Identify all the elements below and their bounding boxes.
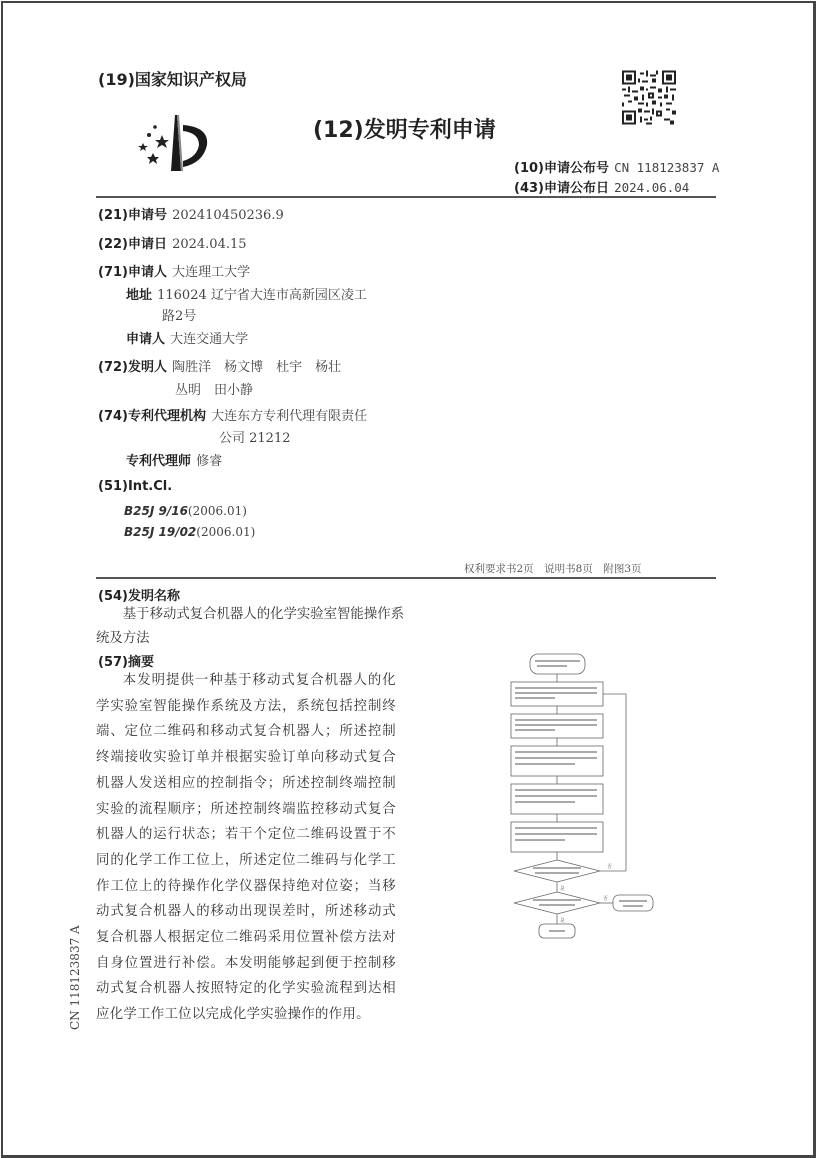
ipc-version: (2006.01) xyxy=(188,504,247,518)
applicant-1: 大连理工大学 xyxy=(172,265,250,280)
applicant-2-row: 申请人 大连交通大学 xyxy=(126,328,248,347)
address-label: 地址 xyxy=(126,288,152,303)
svg-text:是: 是 xyxy=(560,917,565,924)
applicant-label: (71)申请人 xyxy=(98,265,167,280)
abstract-flowchart: 否 是 否 是 xyxy=(505,650,655,950)
inventors-label: (72)发明人 xyxy=(98,360,167,375)
publication-number-row: (10)申请公布号 CN 118123837 A xyxy=(514,157,719,176)
application-number-label: (21)申请号 xyxy=(98,208,167,223)
header-divider xyxy=(96,196,716,198)
address-line-1: 116024 辽宁省大连市高新园区凌工 xyxy=(157,288,367,303)
ipc-code: B25J 9/16 xyxy=(124,504,188,518)
ipc-code: B25J 19/02 xyxy=(124,525,196,539)
publication-number: CN 118123837 A xyxy=(614,160,719,175)
application-date-row: (22)申请日 2024.04.15 xyxy=(98,233,247,252)
decision-yes-label: 是 xyxy=(560,885,565,892)
publication-date: 2024.06.04 xyxy=(614,180,689,195)
side-publication-number: CN 118123837 A xyxy=(68,925,82,1030)
agent-name: 修睿 xyxy=(196,454,222,469)
ipc-version: (2006.01) xyxy=(196,525,255,539)
application-number: 202410450236.9 xyxy=(172,208,284,223)
inventors-line-1: 陶胜洋 杨文博 杜宇 杨壮 xyxy=(172,360,341,375)
ipc-label: (51)Int.Cl. xyxy=(98,479,172,494)
agency-line-1: 大连东方专利代理有限责任 xyxy=(211,409,367,424)
agency-line-2: 公司 21212 xyxy=(219,427,291,446)
svg-text:否: 否 xyxy=(603,895,608,902)
invention-title-label: (54)发明名称 xyxy=(98,585,180,604)
cnipa-logo-icon xyxy=(137,113,217,175)
applicant-2-label: 申请人 xyxy=(126,332,165,347)
address-line-2: 路2号 xyxy=(162,305,196,324)
publication-date-row: (43)申请公布日 2024.06.04 xyxy=(514,177,689,196)
ipc-entry: B25J 9/16(2006.01) xyxy=(124,500,247,519)
inventors-line-2: 丛明 田小静 xyxy=(175,379,253,398)
page-counts: 权利要求书2页 说明书8页 附图3页 xyxy=(464,561,642,576)
agent-row: 专利代理师 修睿 xyxy=(126,450,222,469)
office-name: (19)国家知识产权局 xyxy=(98,67,247,90)
section-divider xyxy=(96,577,716,579)
invention-title: 基于移动式复合机器人的化学实验室智能操作系统及方法 xyxy=(96,603,406,651)
decision-no-label: 否 xyxy=(607,863,612,870)
ipc-entry: B25J 19/02(2006.01) xyxy=(124,521,255,540)
agent-label: 专利代理师 xyxy=(126,454,191,469)
applicant-2: 大连交通大学 xyxy=(170,332,248,347)
application-date-label: (22)申请日 xyxy=(98,237,167,252)
application-date: 2024.04.15 xyxy=(172,237,246,252)
application-number-row: (21)申请号 202410450236.9 xyxy=(98,204,284,223)
agency-label: (74)专利代理机构 xyxy=(98,409,206,424)
document-type-title: (12)发明专利申请 xyxy=(313,113,496,144)
abstract-text: 本发明提供一种基于移动式复合机器人的化学实验室智能操作系统及方法，系统包括控制终… xyxy=(96,668,396,1028)
qr-code-icon[interactable] xyxy=(622,70,676,125)
agency-row: (74)专利代理机构 大连东方专利代理有限责任 xyxy=(98,405,367,424)
publication-date-label: (43)申请公布日 xyxy=(514,181,609,196)
inventors-row: (72)发明人 陶胜洋 杨文博 杜宇 杨壮 xyxy=(98,356,341,375)
address-row: 地址 116024 辽宁省大连市高新园区凌工 xyxy=(126,284,367,303)
publication-number-label: (10)申请公布号 xyxy=(514,161,609,176)
applicant-row: (71)申请人 大连理工大学 xyxy=(98,261,250,280)
